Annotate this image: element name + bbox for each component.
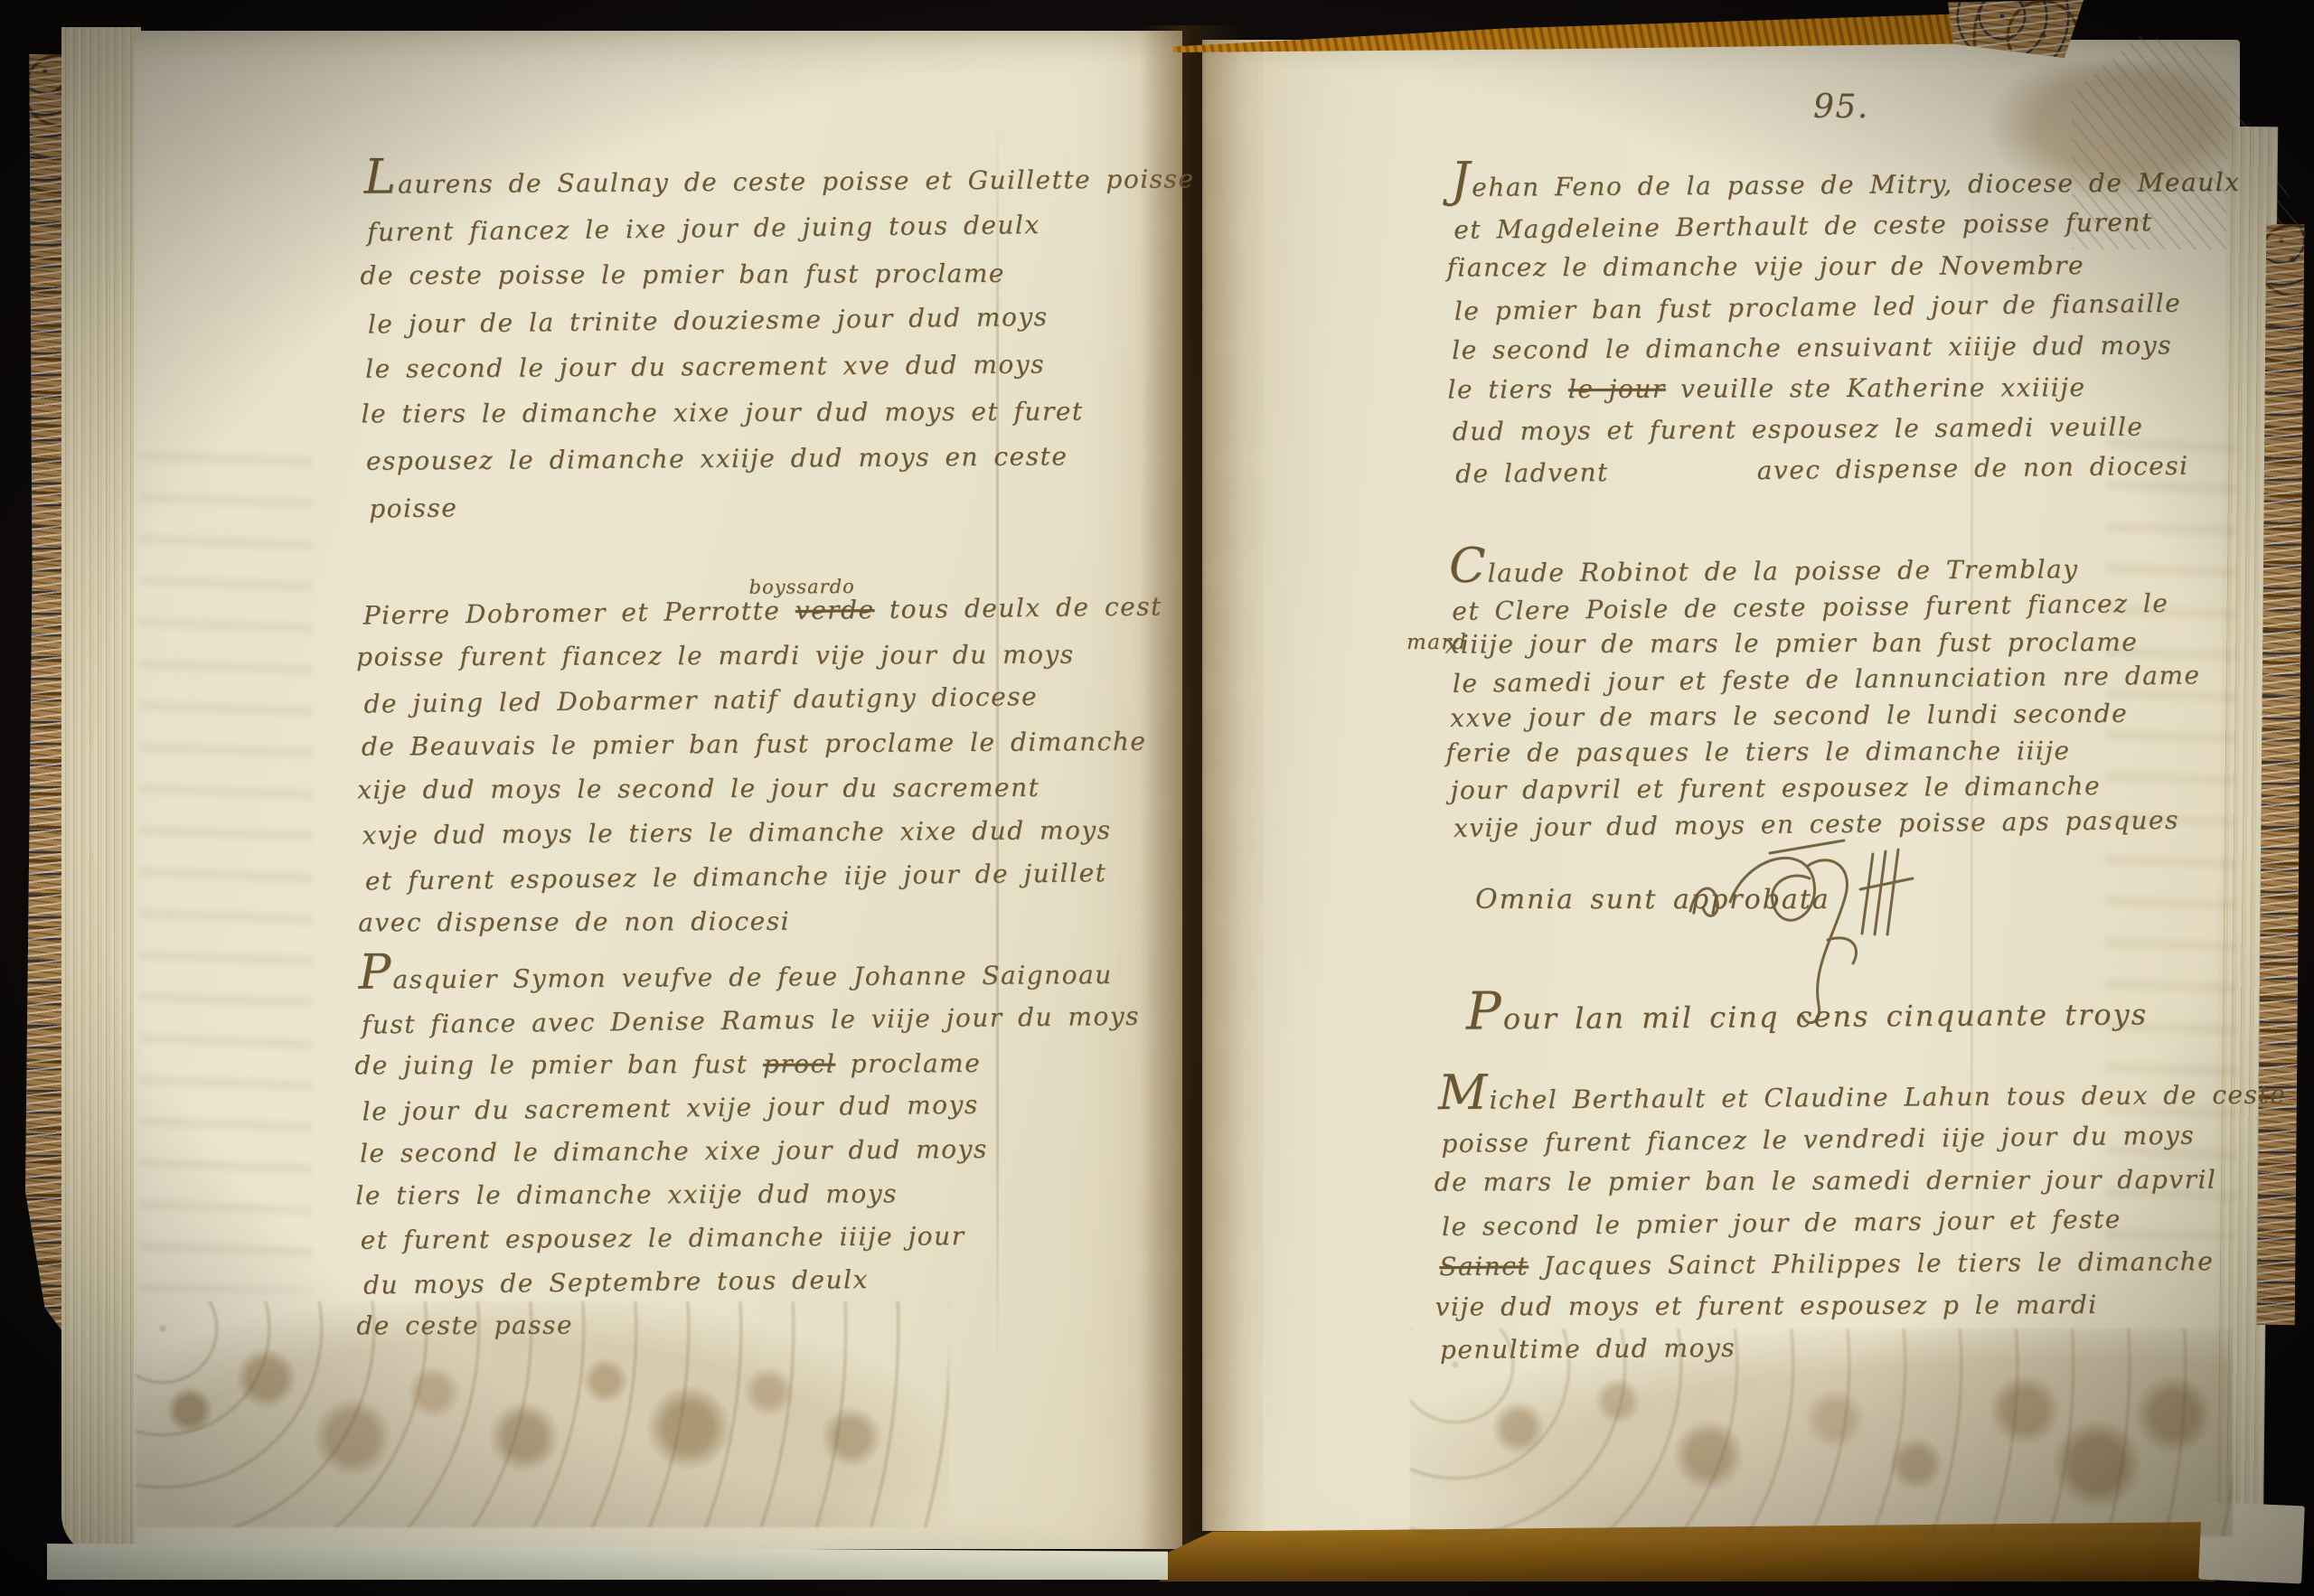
text-line: et Clere Poisle de ceste poisse furent f… (1452, 585, 2229, 630)
text-segment: veuille ste Katherine xxiiije (1666, 372, 2086, 404)
text-line: le jour de la trinite douziesme jour dud… (368, 294, 1083, 348)
text-line: Jehan Feno de la passe de Mitry, diocese… (1451, 162, 2228, 208)
text-line: xije dud moys le second le jour du sacre… (357, 765, 1071, 812)
register-entry: Jehan Feno de la passe de Mitry, diocese… (1451, 162, 2230, 493)
register-entry: Claude Robinot de la poisse de Tremblay … (1449, 550, 2228, 845)
text-line: de ceste poisse le pmier ban fust procla… (360, 250, 1074, 299)
text-line: le tiers le jour veuille ste Katherine x… (1447, 367, 2225, 410)
text-line: Michel Berthault et Claudine Lahun tous … (1438, 1075, 2234, 1122)
text-line: Laurens de Saulnay de ceste poisse et Gu… (364, 156, 1078, 208)
year-heading: Pour lan mil cinq cens cinquante troys (1466, 997, 2148, 1036)
text-line: de juing led Dobarmer natif dautigny dio… (363, 674, 1078, 727)
register-entry: Michel Berthault et Claudine Lahun tous … (1438, 1075, 2235, 1371)
manuscript-book-photo: 95. Laurens de Saulnay de ceste poisse e… (0, 0, 2314, 1596)
text-line: xxve jour de mars le second le lundi sec… (1450, 695, 2227, 737)
text-segment: Pierre Dobromer et Perrotte (363, 596, 795, 630)
text-line: le second le pmier jour de mars jour et … (1442, 1197, 2237, 1248)
text-line: de mars le pmier ban le samedi dernier j… (1434, 1159, 2230, 1204)
ink-showthrough-left (140, 425, 312, 1292)
text-line: du moys de Septembre tous deulx (363, 1255, 1077, 1307)
text-segment: Jacques Sainct Philippes le tiers le dim… (1529, 1246, 2214, 1281)
text-line: furent fiancez le ixe jour de juing tous… (367, 202, 1082, 256)
text-line: fust fiance avec Denise Ramus le viije j… (362, 996, 1076, 1047)
text-line: le second le dimanche ensuivant xiiije d… (1452, 324, 2229, 371)
strikethrough-word: verde (795, 595, 875, 625)
strikethrough-word: le jour (1568, 374, 1666, 404)
text-line: de ceste passe (356, 1302, 1070, 1348)
page-number: 95. (1813, 89, 1869, 126)
text-line: de ladvent avec dispense de non diocesi (1455, 445, 2233, 494)
text-line: xvje dud moys le tiers le dimanche xixe … (362, 808, 1076, 858)
text-line: poisse furent fiancez le mardi vije jour… (356, 633, 1070, 680)
text-line: penultime dud moys (1440, 1324, 2235, 1371)
text-line: le tiers le dimanche xxiije dud moys (355, 1172, 1069, 1218)
text-line: et Magdeleine Berthault de ceste poisse … (1453, 201, 2231, 250)
text-line: Pierre Dobromer et Perrotte verde tous d… (363, 586, 1078, 638)
text-line: poisse furent fiancez le vendredi iije j… (1441, 1114, 2236, 1165)
text-line: et furent espousez le dimanche iiije jou… (361, 1214, 1075, 1263)
text-line: ferie de pasques le tiers le dimanche ii… (1445, 733, 2223, 772)
text-segment: de juing le pmier ban fust (354, 1049, 763, 1081)
text-line: et furent espousez le dimanche iije jour… (365, 850, 1080, 903)
text-line: vije dud moys et furent espousez p le ma… (1435, 1283, 2231, 1328)
text-line: le pmier ban fust proclame led jour de f… (1454, 282, 2232, 332)
book-gutter (1139, 25, 1244, 1562)
text-line: espousez le dimanche xxiije dud moys en … (366, 433, 1080, 484)
text-line: poisse (369, 477, 1084, 531)
text-segment: tous deulx de cest (874, 591, 1162, 624)
text-line: Pasquier Symon veufve de feue Johanne Sa… (359, 953, 1073, 1002)
under-pages-bottom-left (47, 1544, 1168, 1580)
text-line: de juing le pmier ban fust procl proclam… (354, 1042, 1068, 1088)
fore-edge-page-stack-left (61, 27, 141, 1556)
register-entry: boyssardo Pierre Dobromer et Perrotte ve… (361, 587, 1077, 946)
text-segment: le tiers (1447, 374, 1567, 404)
text-line: avec dispense de non diocesi (358, 898, 1072, 945)
text-segment: proclame (835, 1048, 981, 1079)
register-entry: Pasquier Symon veufve de feue Johanne Sa… (359, 953, 1076, 1349)
text-line: fiancez le dimanche vije jour de Novembr… (1446, 245, 2224, 288)
text-line: le tiers le dimanche xixe jour dud moys … (361, 389, 1075, 437)
strikethrough-word: procl (763, 1049, 835, 1079)
register-entry: Laurens de Saulnay de ceste poisse et Gu… (364, 156, 1081, 530)
text-line: le jour du sacrement xvije jour dud moys (362, 1083, 1076, 1134)
text-line: Sainct Jacques Sainct Philippes le tiers… (1439, 1241, 2234, 1288)
text-line: dud moys et furent espousez le samedi ve… (1453, 406, 2230, 452)
strikethrough-word: Sainct (1439, 1251, 1529, 1281)
text-line: le second le dimanche xixe jour dud moys (360, 1127, 1074, 1176)
text-line: de Beauvais le pmier ban fust proclame l… (362, 719, 1076, 769)
text-line: le second le jour du sacrement xve dud m… (365, 341, 1079, 392)
text-line: xiiije jour de mars le pmier ban fust pr… (1445, 624, 2223, 663)
